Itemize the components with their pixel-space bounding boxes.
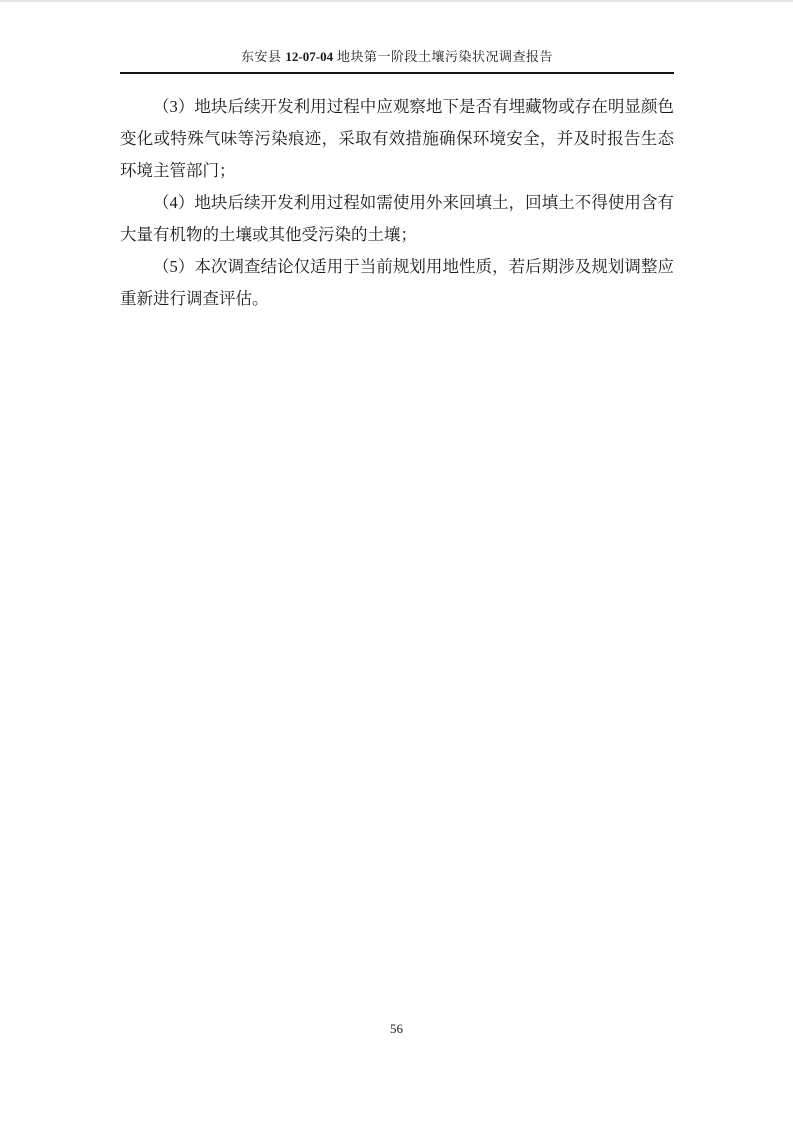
- page-footer: 56: [0, 1020, 793, 1038]
- paragraph-item-5: （5）本次调查结论仅适用于当前规划用地性质，若后期涉及规划调整应重新进行调查评估…: [120, 251, 674, 315]
- header-title-number: 12-07-04: [285, 49, 333, 64]
- page-number: 56: [390, 1021, 403, 1036]
- header-title: 东安县12-07-04地块第一阶段土壤污染状况调查报告: [241, 49, 553, 64]
- paragraph-item-3: （3）地块后续开发利用过程中应观察地下是否有埋藏物或存在明显颜色变化或特殊气味等…: [120, 91, 674, 187]
- header-title-suffix: 地块第一阶段土壤污染状况调查报告: [337, 49, 553, 64]
- page-top-edge: [0, 0, 793, 2]
- header-title-prefix: 东安县: [241, 49, 282, 64]
- page-header: 东安县12-07-04地块第一阶段土壤污染状况调查报告: [120, 46, 674, 74]
- paragraph-item-4: （4）地块后续开发利用过程如需使用外来回填土，回填土不得使用含有大量有机物的土壤…: [120, 187, 674, 251]
- document-page: 东安县12-07-04地块第一阶段土壤污染状况调查报告 （3）地块后续开发利用过…: [0, 0, 793, 1122]
- document-body: （3）地块后续开发利用过程中应观察地下是否有埋藏物或存在明显颜色变化或特殊气味等…: [120, 91, 674, 315]
